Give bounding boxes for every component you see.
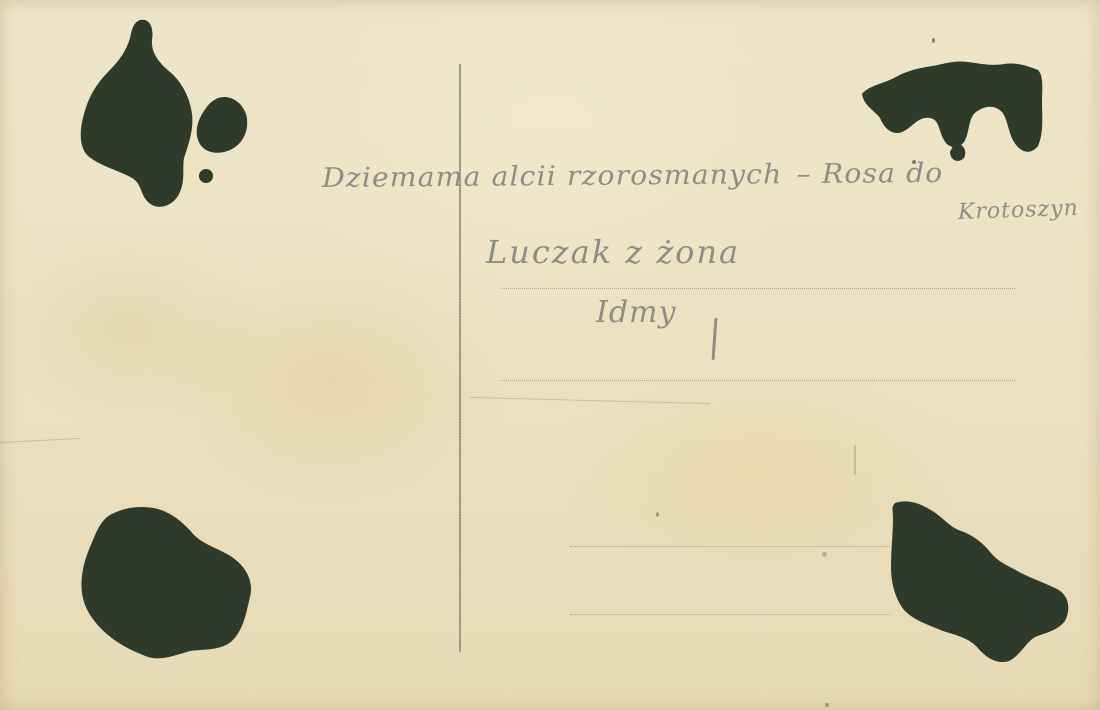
paper-speck xyxy=(656,512,659,517)
paper-speck xyxy=(912,160,916,164)
corner-residue-shape xyxy=(80,505,255,663)
corner-residue-bottom-right xyxy=(885,497,1073,665)
paper-speck xyxy=(825,703,829,707)
corner-residue-top-right xyxy=(858,56,1048,166)
handwritten-city-text: Idmy xyxy=(596,295,676,330)
corner-residue-bottom-left xyxy=(80,505,255,663)
handwritten-greeting-text: Dziemama alcii rzorosmanych xyxy=(322,159,783,194)
paper-speck xyxy=(822,552,827,557)
handwritten-line-3: Idmy xyxy=(596,295,676,330)
handwritten-name-text: Luczak z żona xyxy=(486,233,740,271)
address-line-2 xyxy=(500,380,1015,381)
handwritten-place-name: Krotoszyn xyxy=(958,196,1080,225)
center-divider-line xyxy=(459,64,461,652)
corner-residue-shape xyxy=(858,56,1048,166)
address-line-3 xyxy=(570,546,890,547)
paper-speck xyxy=(932,38,935,43)
handwriting-descender-stroke xyxy=(712,318,718,360)
handwritten-line-1: Dziemama alcii rzorosmanych – Rosa do xyxy=(322,158,944,194)
postcard-back: Dziemama alcii rzorosmanych – Rosa do Kr… xyxy=(0,0,1100,710)
paper-crease xyxy=(0,438,80,443)
handwritten-place-text: Krotoszyn xyxy=(958,196,1080,225)
address-line-1 xyxy=(500,288,1015,289)
handwritten-line-2: Luczak z żona xyxy=(486,233,740,271)
paper-speck xyxy=(854,445,856,475)
corner-residue-shape xyxy=(885,497,1073,665)
corner-residue-top-left xyxy=(78,18,253,210)
corner-residue-shape xyxy=(78,18,253,210)
address-line-4 xyxy=(570,614,890,615)
paper-crease xyxy=(470,397,710,404)
